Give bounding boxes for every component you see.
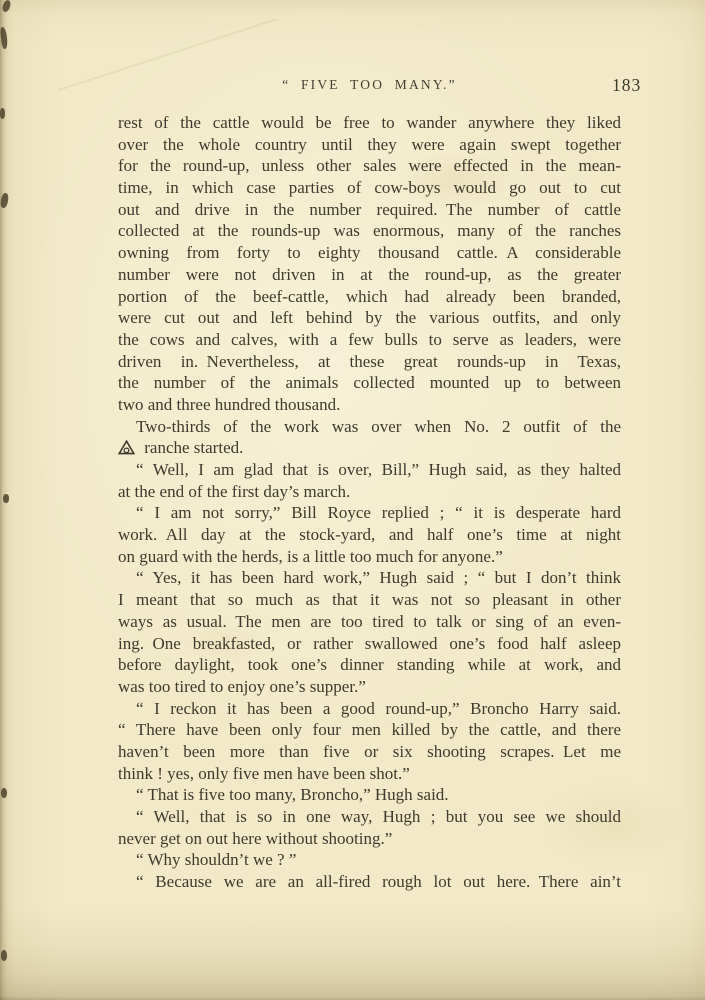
page-edge-mark <box>1 788 7 798</box>
running-head: “ FIVE TOO MANY.” <box>118 77 621 93</box>
text-line: before daylight, took one’s dinner stand… <box>118 654 621 676</box>
text-line: driven in. Nevertheless, at these great … <box>118 351 621 373</box>
text-line: was too tired to enjoy one’s supper.” <box>118 676 621 698</box>
text-line: owning from forty to eighty thousand cat… <box>118 242 621 264</box>
text-line: for the round-up, unless other sales wer… <box>118 155 621 177</box>
text-line: “ I am not sorry,” Bill Royce replied ; … <box>118 502 621 524</box>
chapter-title: “ FIVE TOO MANY.” <box>282 77 457 92</box>
text-line: “ I reckon it has been a good round-up,”… <box>118 698 621 720</box>
text-line: ranche started. <box>118 437 621 459</box>
text-line: ways as usual. The men are too tired to … <box>118 611 621 633</box>
text-line: two and three hundred thousand. <box>118 394 621 416</box>
text-line: rest of the cattle would be free to wand… <box>118 112 621 134</box>
paragraph: “ Well, I am glad that is over, Bill,” H… <box>118 459 621 502</box>
page-edge-mark <box>0 108 5 119</box>
text-line: number were not driven in at the round-u… <box>118 264 621 286</box>
paragraph: “ Because we are an all-fired rough lot … <box>118 871 621 893</box>
text-line: on guard with the herds, is a little too… <box>118 546 621 568</box>
paragraph: “ Well, that is so in one way, Hugh ; bu… <box>118 806 621 849</box>
triangle-circle-ranch-brand-icon <box>118 440 135 455</box>
paragraph: “ That is five too many, Broncho,” Hugh … <box>118 784 621 806</box>
text-line: the cows and calves, with a few bulls to… <box>118 329 621 351</box>
text-line: “ That is five too many, Broncho,” Hugh … <box>118 784 621 806</box>
text-block: rest of the cattle would be free to wand… <box>118 112 621 893</box>
text-line: “ Because we are an all-fired rough lot … <box>118 871 621 893</box>
page-edge-mark <box>3 494 9 503</box>
text-line: think ! yes, only five men have been sho… <box>118 763 621 785</box>
paragraph: Two-thirds of the work was over when No.… <box>118 416 621 459</box>
page-edge-mark <box>0 193 9 209</box>
text-line: ing. One breakfasted, or rather swallowe… <box>118 633 621 655</box>
paragraph: “ I reckon it has been a good round-up,”… <box>118 698 621 785</box>
text-line: “ Why shouldn’t we ? ” <box>118 849 621 871</box>
text-line: time, in which case parties of cow-boys … <box>118 177 621 199</box>
page-edge-mark <box>1 950 7 961</box>
text-line: work. All day at the stock-yard, and hal… <box>118 524 621 546</box>
text-line: “ Yes, it has been hard work,” Hugh said… <box>118 567 621 589</box>
text-line: collected at the rounds-up was enormous,… <box>118 220 621 242</box>
page-edge-mark <box>0 27 8 50</box>
text-line: haven’t been more than five or six shoot… <box>118 741 621 763</box>
text-line: “ There have been only four men killed b… <box>118 719 621 741</box>
text-line-text: ranche started. <box>140 438 243 457</box>
text-line: over the whole country until they were a… <box>118 134 621 156</box>
text-line: portion of the beef-cattle, which had al… <box>118 286 621 308</box>
page-number: 183 <box>612 75 641 96</box>
text-line: the number of the animals collected moun… <box>118 372 621 394</box>
text-line: were cut out and left behind by the vari… <box>118 307 621 329</box>
text-line: Two-thirds of the work was over when No.… <box>118 416 621 438</box>
book-page: “ FIVE TOO MANY.” 183 rest of the cattle… <box>0 0 705 1000</box>
text-line: I meant that so much as that it was not … <box>118 589 621 611</box>
page-edge-mark <box>1 0 11 13</box>
text-line: out and drive in the number required. Th… <box>118 199 621 221</box>
text-line: never get on out here without shooting.” <box>118 828 621 850</box>
text-line: “ Well, I am glad that is over, Bill,” H… <box>118 459 621 481</box>
paragraph: “ Yes, it has been hard work,” Hugh said… <box>118 567 621 697</box>
text-line: “ Well, that is so in one way, Hugh ; bu… <box>118 806 621 828</box>
paragraph: “ I am not sorry,” Bill Royce replied ; … <box>118 502 621 567</box>
paragraph: rest of the cattle would be free to wand… <box>118 112 621 416</box>
paragraph: “ Why shouldn’t we ? ” <box>118 849 621 871</box>
text-line: at the end of the first day’s march. <box>118 481 621 503</box>
